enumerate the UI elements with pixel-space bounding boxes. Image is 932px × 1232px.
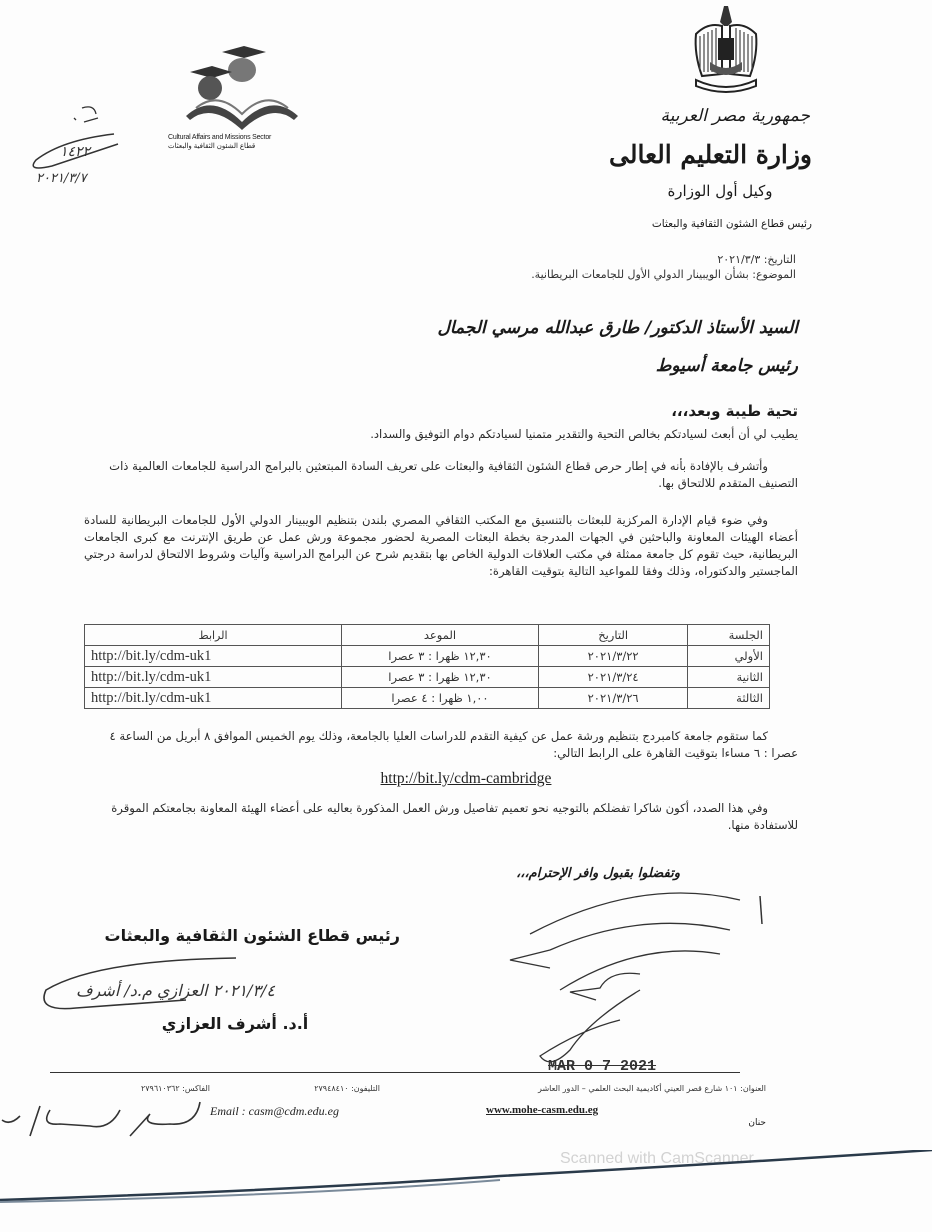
session-link[interactable]: http://bit.ly/cdm-uk1 bbox=[85, 646, 342, 667]
letter-date: التاريخ: ٢٠٢١/٣/٣ bbox=[500, 253, 796, 266]
sessions-table: الرابط الموعد التاريخ الجلسة http://bit.… bbox=[84, 624, 770, 709]
deputy-title: وكيل أول الوزارة bbox=[640, 182, 800, 200]
session-date: ٢٠٢١/٣/٢٢ bbox=[538, 646, 688, 667]
paragraph-4: كما ستقوم جامعة كامبردج بتنظيم ورشة عمل … bbox=[84, 728, 798, 762]
header-date: التاريخ bbox=[538, 625, 688, 646]
session-date: ٢٠٢١/٣/٢٦ bbox=[538, 688, 688, 709]
page-edge-shadow bbox=[0, 1150, 932, 1210]
table-row: http://bit.ly/cdm-uk1 ١٢,٣٠ ظهرا : ٣ عصر… bbox=[85, 667, 770, 688]
table-header-row: الرابط الموعد التاريخ الجلسة bbox=[85, 625, 770, 646]
table-row: http://bit.ly/cdm-uk1 ١,٠٠ ظهرا : ٤ عصرا… bbox=[85, 688, 770, 709]
session-time: ١٢,٣٠ ظهرا : ٣ عصرا bbox=[342, 667, 539, 688]
svg-text:١٤٢٢: ١٤٢٢ bbox=[60, 144, 93, 160]
sector-caption-en: Cultural Affairs and Missions Sector bbox=[168, 134, 328, 141]
footer-clerk-name: حنان bbox=[720, 1118, 766, 1128]
session-name: الثانية bbox=[688, 667, 770, 688]
closing-line: وتفضلوا بقبول وافر الإحترام،،، bbox=[380, 866, 680, 881]
header-session: الجلسة bbox=[688, 625, 770, 646]
session-date: ٢٠٢١/٣/٢٤ bbox=[538, 667, 688, 688]
graduation-caps-book-logo-icon bbox=[182, 42, 302, 134]
footer-phone: التليفون: ٢٧٩٤٨٤١٠ bbox=[240, 1084, 380, 1093]
received-date-stamp: MAR 0 7 2021 bbox=[548, 1058, 658, 1075]
session-time: ١٢,٣٠ ظهرا : ٣ عصرا bbox=[342, 646, 539, 667]
footer-address: العنوان: ١٠١ شارع قصر العيني أكاديمية ال… bbox=[440, 1084, 766, 1093]
footer-email[interactable]: Email : casm@cdm.edu.eg bbox=[210, 1104, 410, 1119]
republic-name: جمهورية مصر العربية bbox=[620, 106, 810, 126]
header-time: الموعد bbox=[342, 625, 539, 646]
signatory-name: أ.د. أشرف العزازي bbox=[150, 1014, 320, 1033]
session-name: الثالثة bbox=[688, 688, 770, 709]
handwritten-signature-icon: ٢٠٢١/٣/٤ العزازي م.د/ أشرف bbox=[36, 950, 366, 1020]
signatory-title: رئيس قطاع الشئون الثقافية والبعثات bbox=[80, 926, 400, 945]
cambridge-link[interactable]: http://bit.ly/cdm-cambridge bbox=[300, 770, 632, 788]
header-link: الرابط bbox=[85, 625, 342, 646]
handwritten-margin-note-icon bbox=[440, 880, 770, 1070]
paragraph-2: وأتشرف بالإفادة بأنه في إطار حرص قطاع ال… bbox=[84, 458, 798, 492]
incoming-number-handwriting-icon: ١٤٢٢ ٢٠٢١/٣/٧ bbox=[22, 100, 132, 190]
letter-subject: الموضوع: بشأن الويبينار الدولي الأول للج… bbox=[400, 268, 796, 281]
svg-text:٢٠٢١/٣/٧: ٢٠٢١/٣/٧ bbox=[36, 171, 89, 186]
session-link[interactable]: http://bit.ly/cdm-uk1 bbox=[85, 688, 342, 709]
addressee-name: السيد الأستاذ الدكتور/ طارق عبدالله مرسي… bbox=[380, 318, 798, 338]
session-time: ١,٠٠ ظهرا : ٤ عصرا bbox=[342, 688, 539, 709]
sector-head-title: رئيس قطاع الشئون الثقافية والبعثات bbox=[600, 218, 812, 230]
greeting: تحية طيبة وبعد،،، bbox=[500, 402, 798, 420]
paragraph-3: وفي ضوء قيام الإدارة المركزية للبعثات با… bbox=[84, 512, 798, 580]
svg-text:٢٠٢١/٣/٤ العزازي م.د/ أشرف: ٢٠٢١/٣/٤ العزازي م.د/ أشرف bbox=[76, 980, 275, 1000]
handwritten-bottom-note-icon bbox=[0, 1096, 210, 1156]
sector-caption-ar: قطاع الشئون الثقافية والبعثات bbox=[168, 142, 328, 150]
paragraph-1: يطيب لي أن أبعث لسيادتكم بخالص التحية وا… bbox=[120, 426, 798, 443]
addressee-title: رئيس جامعة أسيوط bbox=[500, 356, 798, 376]
session-name: الأولي bbox=[688, 646, 770, 667]
ministry-name: وزارة التعليم العالى bbox=[600, 140, 812, 169]
paragraph-5: وفي هذا الصدد، أكون شاكرا تفضلكم بالتوجي… bbox=[84, 800, 798, 834]
footer-fax: الفاكس: ٢٧٩٦١٠٣٦٢ bbox=[70, 1084, 210, 1093]
table-row: http://bit.ly/cdm-uk1 ١٢,٣٠ ظهرا : ٣ عصر… bbox=[85, 646, 770, 667]
footer-website-link[interactable]: www.mohe-casm.edu.eg bbox=[486, 1104, 646, 1116]
session-link[interactable]: http://bit.ly/cdm-uk1 bbox=[85, 667, 342, 688]
eagle-emblem-icon bbox=[688, 4, 764, 96]
